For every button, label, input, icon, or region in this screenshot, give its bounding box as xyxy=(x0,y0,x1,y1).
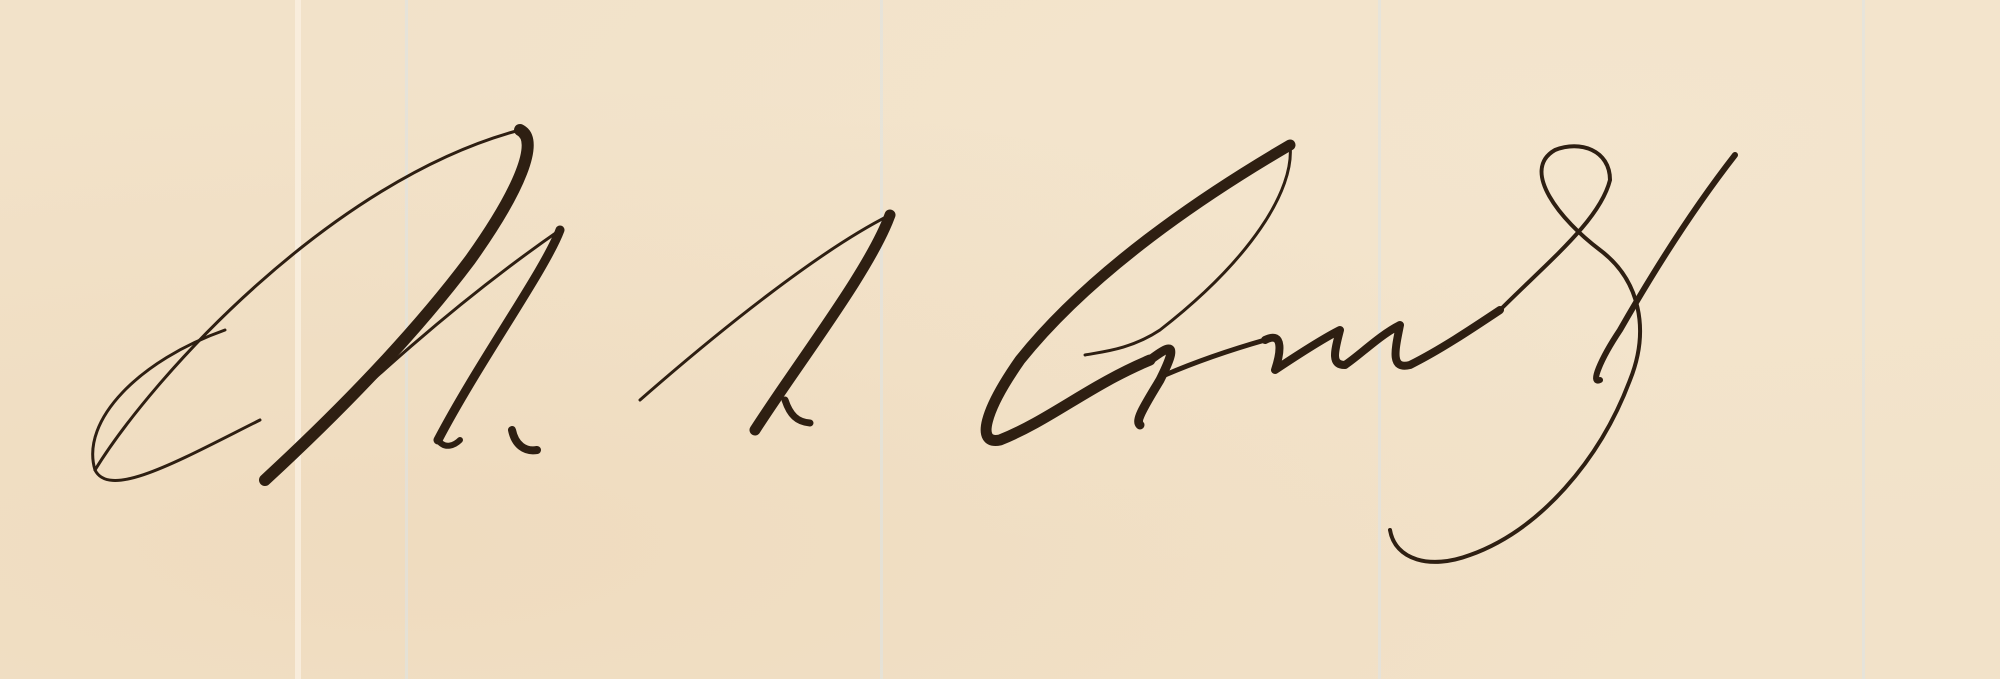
signature xyxy=(0,0,2000,679)
paper-background: U. S. Grant xyxy=(0,0,2000,679)
